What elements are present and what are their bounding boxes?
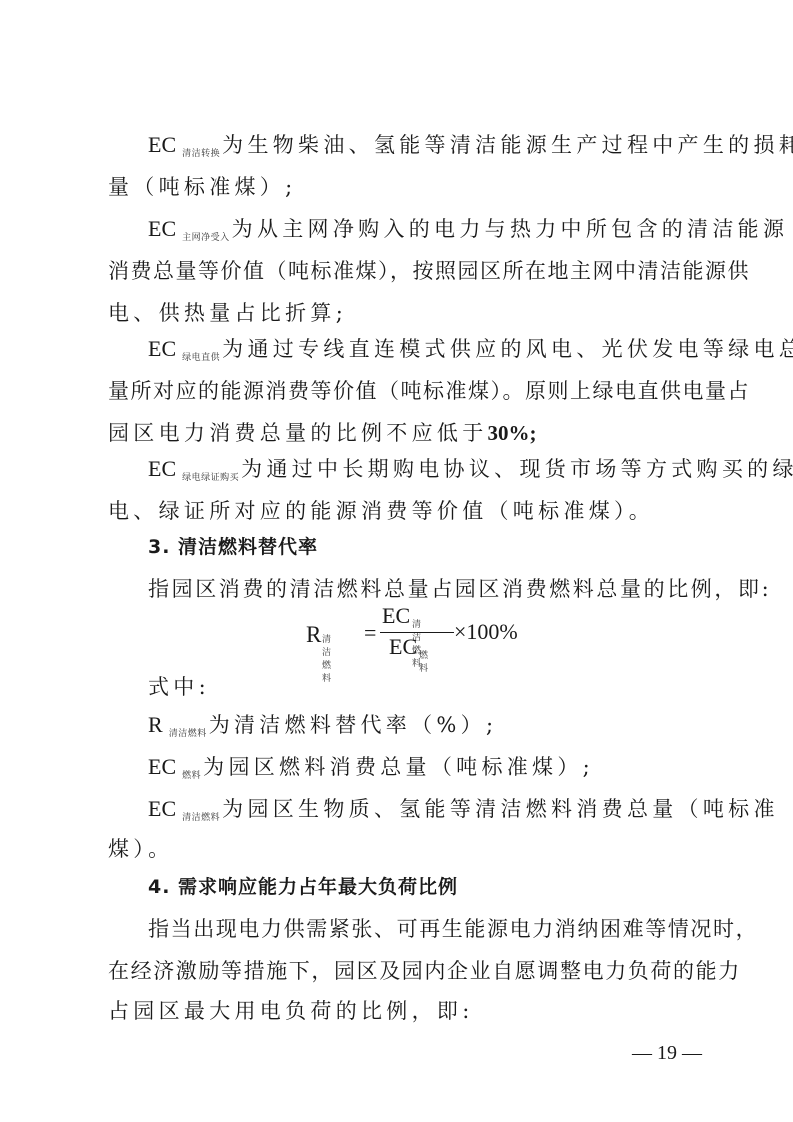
definition-ec-fuel: EC燃料为园区燃料消费总量（吨标准煤）;	[148, 752, 594, 791]
formula-denominator: EC	[389, 634, 417, 660]
definition-r-clean-fuel: R清洁燃料为清洁燃料替代率（%）;	[148, 710, 497, 749]
formula-equals: =	[364, 620, 376, 646]
symbol-subscript: 燃料	[182, 771, 201, 781]
symbol-subscript: 清洁燃料	[169, 729, 207, 739]
definition-ec-clean-fuel: EC清洁燃料为园区生物质、氢能等清洁燃料消费总量（吨标准	[148, 794, 779, 833]
text-line: 电、供热量占比折算;	[108, 298, 347, 328]
section-3-intro: 指园区消费的清洁燃料总量占园区消费燃料总量的比例，即:	[148, 574, 771, 604]
text-line: 煤）。	[108, 834, 173, 864]
definition-text: 为通过中长期购电协议、现货市场等方式购买的绿	[241, 457, 793, 481]
symbol: EC	[148, 216, 176, 241]
definition-text: 为园区生物质、氢能等清洁燃料消费总量（吨标准	[222, 797, 779, 821]
formula-multiplier: ×100%	[454, 619, 518, 645]
where-label: 式中:	[148, 672, 210, 702]
formula-numerator: EC	[382, 603, 410, 629]
fraction-bar	[380, 632, 454, 633]
section-4-line-2: 在经济激励等措施下，园区及园内企业自愿调整电力负荷的能力	[108, 956, 741, 986]
definition-text: 为生物柴油、氢能等清洁能源生产过程中产生的损耗	[222, 133, 793, 157]
percentage-value: 30%;	[488, 421, 537, 445]
formula-lhs-subscript: 清洁燃料	[322, 632, 331, 684]
text-line: 消费总量等价值（吨标准煤），按照园区所在地主网中清洁能源供	[108, 256, 750, 286]
text-line: 量所对应的能源消费等价值（吨标准煤）。原则上绿电直供电量占	[108, 376, 750, 406]
definition-text: 为通过专线直连模式供应的风电、光伏发电等绿电总	[222, 337, 793, 361]
text-line: 量（吨标准煤）;	[108, 172, 296, 202]
symbol-subscript: 绿电绿证购买	[182, 473, 239, 483]
symbol-subscript: 绿电直供	[182, 353, 220, 363]
symbol-subscript: 清洁转换	[182, 149, 220, 159]
section-4-line-3: 占园区最大用电负荷的比例，即:	[108, 996, 474, 1026]
section-4-line-1: 指当出现电力供需紧张、可再生能源电力消纳困难等情况时，	[148, 914, 758, 944]
definition-ec-green-direct-supply: EC绿电直供为通过专线直连模式供应的风电、光伏发电等绿电总	[148, 334, 793, 373]
symbol: EC	[148, 336, 176, 361]
symbol-subscript: 主网净受入	[182, 233, 230, 243]
definition-ec-grid-net-import: EC主网净受入为从主网净购入的电力与热力中所包含的清洁能源	[148, 214, 788, 253]
definition-ec-green-certificate-purchase: EC绿电绿证购买为通过中长期购电协议、现货市场等方式购买的绿	[148, 454, 793, 493]
formula-denominator-subscript: 燃料	[419, 648, 428, 674]
symbol: EC	[148, 132, 176, 157]
definition-text: 为清洁燃料替代率（%）;	[209, 713, 498, 737]
page-number: — 19 —	[632, 1042, 702, 1065]
section-heading-4: 4. 需求响应能力占年最大负荷比例	[148, 872, 458, 902]
text-line: 电、绿证所对应的能源消费等价值（吨标准煤）。	[108, 496, 654, 526]
document-page: EC清洁转换为生物柴油、氢能等清洁能源生产过程中产生的损耗 量（吨标准煤）; E…	[0, 0, 793, 1122]
symbol: EC	[148, 754, 176, 779]
text: 园区电力消费总量的比例不应低于	[108, 421, 488, 445]
symbol: EC	[148, 456, 176, 481]
definition-ec-clean-conversion: EC清洁转换为生物柴油、氢能等清洁能源生产过程中产生的损耗	[148, 130, 793, 169]
section-heading-3: 3. 清洁燃料替代率	[148, 532, 318, 562]
symbol-subscript: 清洁燃料	[182, 813, 220, 823]
formula-lhs: R	[306, 622, 321, 648]
symbol: R	[148, 712, 163, 737]
text-line: 园区电力消费总量的比例不应低于30%;	[108, 418, 537, 448]
symbol: EC	[148, 796, 176, 821]
definition-text: 为从主网净购入的电力与热力中所包含的清洁能源	[232, 217, 789, 241]
definition-text: 为园区燃料消费总量（吨标准煤）;	[203, 755, 594, 779]
